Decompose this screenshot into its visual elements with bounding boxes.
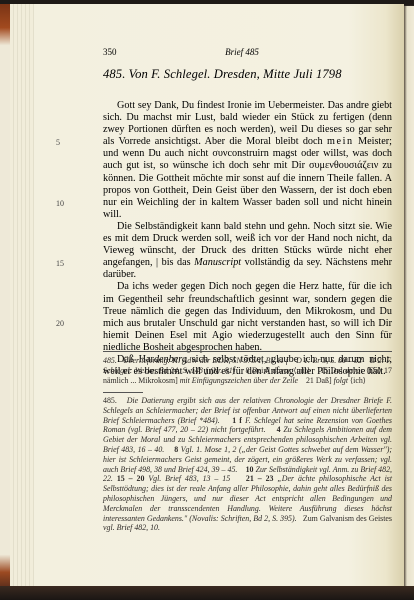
paragraph-3: Da ichs weder gegen Dich noch gegen die … [103,281,392,354]
line-number-5: 5 [56,138,60,147]
letter-body: Gott sey Dank, Du findest Ironie im Uebe… [103,100,392,378]
line-number-10: 10 [56,199,64,208]
running-title: Brief 485 [103,47,381,57]
commentary: 485. Die Datierung ergibt sich aus der r… [103,396,392,533]
facing-page-edge [404,6,414,586]
paragraph-2: Die Selbständigkeit kann bald stehn und … [103,221,392,281]
textual-apparatus: 485. Überlieferung: H: AdW der DDR, SN 3… [103,356,392,385]
running-header: 350 Brief 485 [103,47,393,59]
apparatus-divider [103,351,392,352]
paragraph-1: Gott sey Dank, Du findest Ironie im Uebe… [103,100,392,221]
bottom-dark-edge [0,586,414,600]
line-number-20: 20 [56,319,64,328]
letter-title: 485. Von F. Schlegel. Dresden, Mitte Jul… [103,67,393,82]
spaced-emphasis: mein [327,136,354,147]
line-number-15: 15 [56,259,64,268]
commentary-divider [103,392,143,393]
